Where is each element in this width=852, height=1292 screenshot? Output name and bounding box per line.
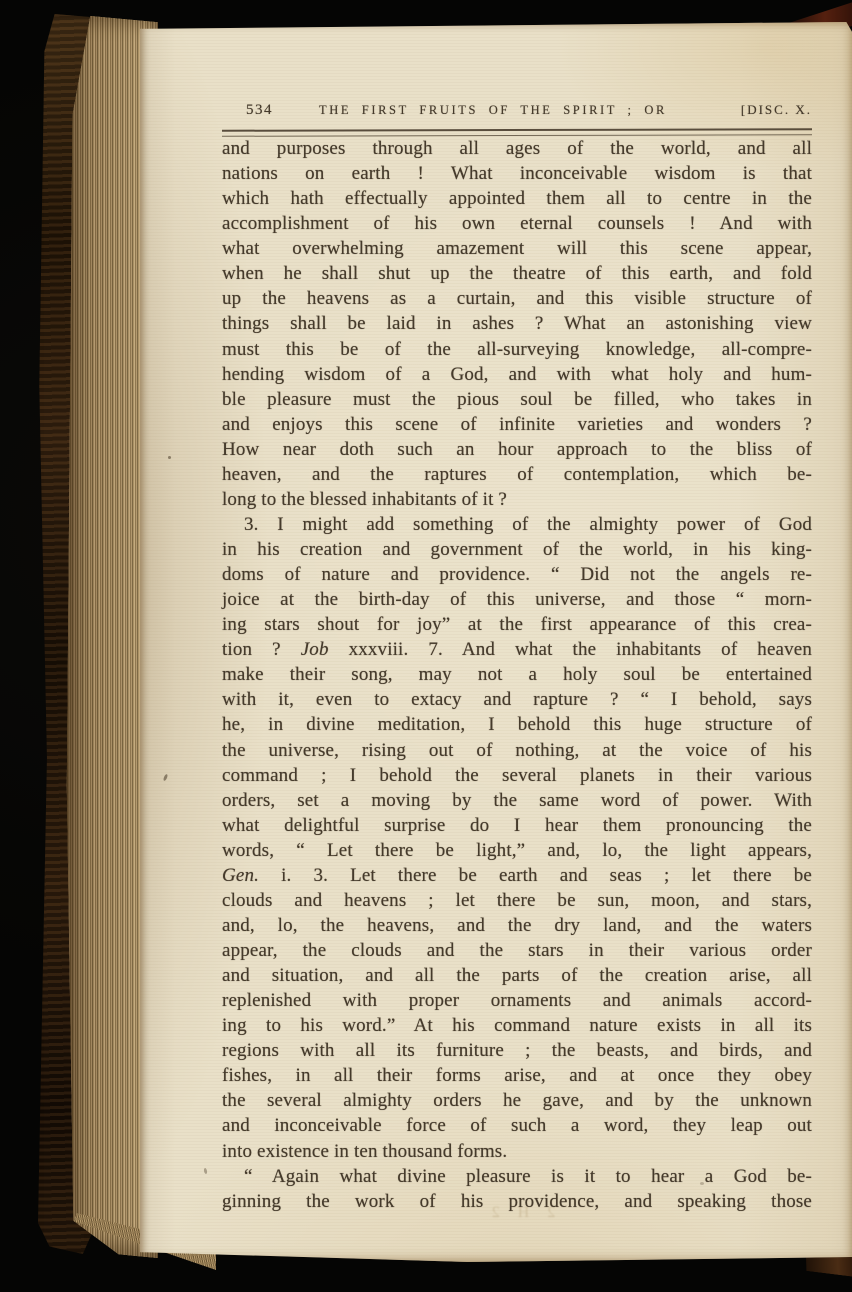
- text-line: the universe, rising out of nothing, at …: [222, 738, 812, 763]
- text-line: 3. I might add something of the almighty…: [222, 512, 812, 537]
- text-line: clouds and heavens ; let there be sun, m…: [222, 888, 812, 913]
- running-header: 534 THE FIRST FRUITS OF THE SPIRIT ; OR …: [222, 102, 812, 119]
- text-line: long to the blessed inhabitants of it ?: [222, 487, 812, 512]
- text-line: ble pleasure must the pious soul be fill…: [222, 387, 812, 412]
- text-line: and situation, and all the parts of the …: [222, 963, 812, 988]
- ink-speck: [700, 1182, 704, 1185]
- running-title: THE FIRST FRUITS OF THE SPIRIT ; OR: [319, 103, 667, 118]
- text-line: make their song, may not a holy soul be …: [222, 662, 812, 687]
- text-line: he, in divine meditation, I behold this …: [222, 712, 812, 737]
- text-line: what overwhelming amazement will this sc…: [222, 236, 812, 261]
- text-line: the several almighty orders he gave, and…: [222, 1088, 812, 1113]
- ink-speck: [203, 1168, 207, 1174]
- text-line: things shall be laid in ashes ? What an …: [222, 311, 812, 336]
- text-line: when he shall shut up the theatre of thi…: [222, 261, 812, 286]
- text-line: fishes, in all their forms arise, and at…: [222, 1063, 812, 1088]
- body-text: and purposes through all ages of the wor…: [222, 136, 812, 1214]
- text-line: ing to his word.” At his command nature …: [222, 1013, 812, 1038]
- text-line: appear, the clouds and the stars in thei…: [222, 938, 812, 963]
- text-line: nations on earth ! What inconceivable wi…: [222, 161, 812, 186]
- ink-speck: [163, 774, 169, 782]
- text-line: in his creation and government of the wo…: [222, 537, 812, 562]
- text-line: and enjoys this scene of infinite variet…: [222, 412, 812, 437]
- text-line: regions with all its furniture ; the bea…: [222, 1038, 812, 1063]
- text-line: with it, even to extacy and rapture ? “ …: [222, 687, 812, 712]
- text-line: ginning the work of his providence, and …: [222, 1189, 812, 1214]
- text-line: words, “ Let there be light,” and, lo, t…: [222, 838, 812, 863]
- text-line: accomplishment of his own eternal counse…: [222, 211, 812, 236]
- text-line: up the heavens as a curtain, and this vi…: [222, 286, 812, 311]
- text-line: orders, set a moving by the same word of…: [222, 788, 812, 813]
- text-line: joice at the birth-day of this universe,…: [222, 587, 812, 612]
- page-number: 534: [222, 102, 273, 119]
- text-line: tion ? Job xxxviii. 7. And what the inha…: [222, 637, 812, 662]
- text-line: Gen. i. 3. Let there be earth and seas ;…: [222, 863, 812, 888]
- text-line: ing stars shout for joy” at the first ap…: [222, 612, 812, 637]
- text-line: and purposes through all ages of the wor…: [222, 136, 812, 161]
- text-line: replenished with proper ornaments and an…: [222, 988, 812, 1013]
- text-line: into existence in ten thousand forms.: [222, 1139, 812, 1164]
- discourse-reference: [DISC. X.: [741, 102, 812, 118]
- text-line: must this be of the all-surveying knowle…: [222, 337, 812, 362]
- book-photo-scene: 534 THE FIRST FRUITS OF THE SPIRIT ; OR …: [0, 0, 852, 1292]
- text-line: and inconceivable force of such a word, …: [222, 1113, 812, 1138]
- text-line: and, lo, the heavens, and the dry land, …: [222, 913, 812, 938]
- text-line: command ; I behold the several planets i…: [222, 763, 812, 788]
- book-page: 534 THE FIRST FRUITS OF THE SPIRIT ; OR …: [140, 22, 852, 1262]
- text-line: doms of nature and providence. “ Did not…: [222, 562, 812, 587]
- text-line: How near doth such an hour approach to t…: [222, 437, 812, 462]
- text-line: hending wisdom of a God, and with what h…: [222, 362, 812, 387]
- text-line: heaven, and the raptures of contemplatio…: [222, 462, 812, 487]
- text-line: which hath effectually appointed them al…: [222, 186, 812, 211]
- text-line: what delightful surprise do I hear them …: [222, 813, 812, 838]
- text-line: “ Again what divine pleasure is it to he…: [222, 1164, 812, 1189]
- ink-speck: [168, 456, 171, 459]
